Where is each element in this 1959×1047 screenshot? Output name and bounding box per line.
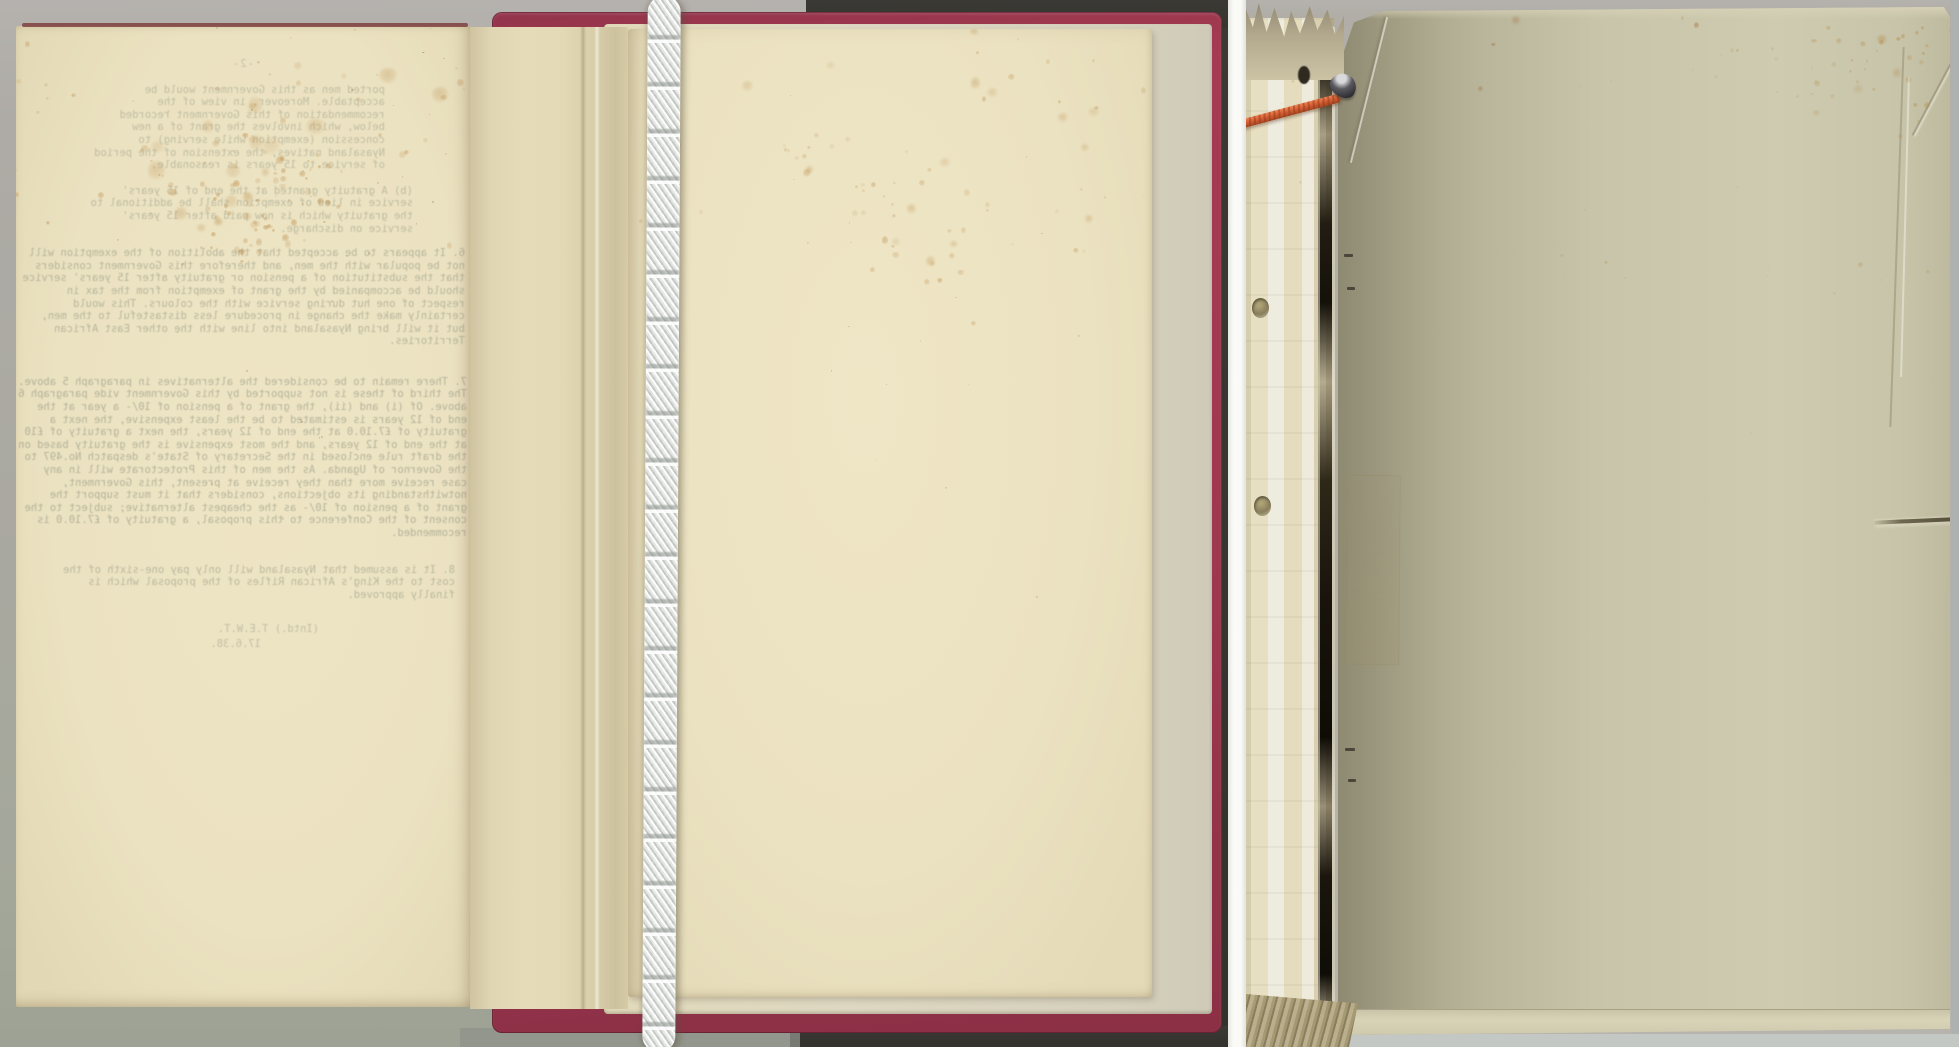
foxing-spot bbox=[742, 81, 752, 90]
foxing-spot bbox=[1417, 127, 1419, 129]
foxing-spot bbox=[1584, 209, 1587, 211]
foxing-spot bbox=[1836, 38, 1843, 44]
foxing-spot bbox=[1719, 54, 1722, 57]
foxing-spot bbox=[845, 137, 851, 141]
foxing-spot bbox=[807, 242, 809, 244]
foxing-spot bbox=[1767, 265, 1769, 267]
foxing-spot bbox=[827, 62, 835, 70]
foxing-spot bbox=[1073, 248, 1079, 253]
foxing-spot bbox=[976, 51, 979, 55]
foxing-spot bbox=[860, 183, 866, 187]
foxing-layer-right-page bbox=[628, 29, 1152, 997]
foxing-spot bbox=[892, 238, 900, 246]
foxing-spot bbox=[1281, 103, 1283, 105]
foxing-spot bbox=[784, 148, 787, 151]
foxing-spot bbox=[930, 261, 934, 267]
foxing-spot bbox=[1692, 69, 1694, 71]
foxing-spot bbox=[1896, 37, 1902, 42]
foxing-spot bbox=[790, 95, 792, 97]
foxing-spot bbox=[1872, 88, 1875, 91]
foxing-spot bbox=[1437, 329, 1439, 331]
left-scan-open-volume: -2- ported men as this Government would … bbox=[0, 0, 1228, 1047]
foxing-spot bbox=[968, 384, 970, 386]
foxing-spot bbox=[1080, 188, 1083, 191]
foxing-spot bbox=[1554, 245, 1556, 247]
foxing-spot bbox=[1858, 262, 1863, 268]
foxing-spot bbox=[1814, 81, 1821, 87]
foxing-spot bbox=[1078, 335, 1080, 337]
foxing-spot bbox=[829, 144, 836, 149]
ghost-paragraph-6: 6. It appears to be accepted that the ab… bbox=[17, 247, 465, 348]
binding-cord bbox=[642, 0, 681, 1047]
foxing-spot bbox=[926, 256, 935, 267]
foxing-spot bbox=[1866, 59, 1869, 64]
foxing-spot bbox=[1081, 144, 1089, 151]
foxing-spot bbox=[907, 204, 916, 214]
foxing-spot bbox=[1730, 48, 1734, 53]
board-top-edge bbox=[1338, 7, 1950, 19]
cover-edge-line bbox=[22, 23, 468, 27]
foxing-spot bbox=[950, 241, 958, 247]
ghost-paragraph-quote-b: (b) A gratuity granted at the end of 15 … bbox=[75, 185, 413, 235]
foxing-spot bbox=[1082, 249, 1086, 253]
foxing-spot bbox=[1907, 55, 1912, 61]
foxing-spot bbox=[905, 150, 908, 154]
foxing-spot bbox=[871, 182, 876, 188]
foxing-spot bbox=[927, 168, 932, 172]
foxing-spot bbox=[1094, 106, 1099, 111]
ghost-paragraph-7: 7. There remain to be considered the alt… bbox=[16, 376, 467, 540]
foxing-spot bbox=[1491, 43, 1496, 46]
foxing-spot bbox=[1092, 59, 1095, 63]
panel-divider bbox=[1228, 0, 1246, 1047]
foxing-spot bbox=[639, 219, 643, 225]
foxing-spot bbox=[893, 182, 896, 184]
foxing-spot bbox=[1893, 68, 1901, 79]
foxing-spot bbox=[971, 321, 976, 326]
foxing-spot bbox=[1919, 60, 1924, 66]
foxing-spot bbox=[1351, 263, 1353, 265]
foxing-spot bbox=[1813, 110, 1820, 116]
foxing-spot bbox=[892, 214, 896, 218]
foxing-spot bbox=[1088, 108, 1099, 116]
foxing-spot bbox=[1017, 38, 1019, 40]
foxing-spot bbox=[1880, 279, 1882, 281]
foxing-spot bbox=[987, 88, 999, 98]
foxing-spot bbox=[793, 179, 795, 181]
foxing-spot bbox=[855, 185, 858, 189]
gutter-hinge bbox=[470, 27, 628, 1009]
foxing-spot bbox=[1058, 100, 1061, 104]
foxing-spot bbox=[1008, 74, 1014, 80]
foxing-spot bbox=[883, 195, 886, 198]
foxing-spot bbox=[1915, 31, 1919, 34]
rust-mark bbox=[1345, 475, 1401, 665]
foxing-spot bbox=[1291, 80, 1295, 83]
foxing-spot bbox=[807, 146, 811, 150]
foxing-spot bbox=[886, 384, 887, 385]
foxing-spot bbox=[1814, 39, 1818, 44]
foxing-spot bbox=[1736, 49, 1739, 52]
foxing-spot bbox=[1771, 47, 1774, 51]
foxing-spot bbox=[806, 166, 813, 174]
punch-hole bbox=[1252, 298, 1269, 318]
foxing-spot bbox=[892, 252, 900, 258]
foxing-spot bbox=[1478, 86, 1483, 92]
foxing-spot bbox=[848, 326, 849, 327]
foxing-spot bbox=[861, 210, 866, 216]
foxing-spot bbox=[937, 278, 943, 283]
foxing-spot bbox=[957, 270, 965, 275]
foxing-spot bbox=[802, 154, 807, 159]
foxing-spot bbox=[1849, 70, 1852, 73]
foxing-spot bbox=[1876, 50, 1878, 52]
foxing-spot bbox=[1826, 26, 1831, 30]
foxing-layer-board bbox=[1338, 7, 1950, 1035]
foxing-spot bbox=[982, 96, 987, 103]
foxing-spot bbox=[852, 210, 858, 217]
foxing-spot bbox=[1830, 94, 1835, 99]
foxing-spot bbox=[1578, 86, 1580, 88]
foxing-spot bbox=[814, 133, 819, 138]
foxing-spot bbox=[870, 267, 875, 273]
staple-mark bbox=[1344, 254, 1353, 257]
foxing-spot bbox=[1604, 261, 1608, 265]
foxing-spot bbox=[970, 29, 979, 35]
foxing-spot bbox=[1055, 209, 1059, 214]
foxing-spot bbox=[1041, 233, 1043, 234]
torn-paper-top bbox=[1246, 0, 1344, 80]
foxing-spot bbox=[919, 180, 925, 186]
foxing-spot bbox=[1141, 87, 1146, 95]
foxing-spot bbox=[1921, 26, 1925, 30]
foxing-spot bbox=[1694, 22, 1699, 29]
foxing-spot bbox=[1926, 270, 1930, 274]
foxing-spot bbox=[1085, 215, 1093, 223]
foxing-spot bbox=[947, 229, 952, 234]
foxing-spot bbox=[1759, 195, 1761, 197]
foxing-spot bbox=[882, 236, 888, 245]
ghost-date: 17.6.38. bbox=[17, 638, 261, 651]
foxing-spot bbox=[1036, 596, 1038, 598]
foxing-spot bbox=[1058, 113, 1068, 122]
ghost-page-number: -2- bbox=[17, 58, 469, 71]
punch-hole bbox=[1254, 496, 1271, 516]
foxing-spot bbox=[1901, 34, 1906, 40]
foxing-spot bbox=[1736, 186, 1738, 188]
staple-mark bbox=[1347, 287, 1355, 290]
foxing-spot bbox=[1925, 44, 1929, 49]
foxing-spot bbox=[1026, 156, 1028, 158]
foxing-spot bbox=[831, 370, 832, 372]
crease-line-right bbox=[1889, 47, 1904, 427]
foxing-spot bbox=[1949, 29, 1950, 33]
foxing-spot bbox=[1624, 277, 1627, 279]
ghost-paragraph-8: 8. It is assumed that Nyasaland will onl… bbox=[47, 564, 455, 602]
foxing-spot bbox=[1563, 276, 1565, 278]
foxing-spot bbox=[699, 210, 703, 215]
foxing-spot bbox=[1833, 292, 1836, 295]
staple-mark bbox=[1348, 779, 1356, 782]
foxing-spot bbox=[955, 297, 956, 298]
foxing-spot bbox=[945, 487, 947, 489]
foxing-spot bbox=[1506, 84, 1508, 86]
ghost-paragraph-quote-a: ported men as this Government would be a… bbox=[77, 84, 385, 172]
foxing-spot bbox=[1814, 80, 1819, 85]
foxing-spot bbox=[1011, 243, 1014, 246]
foxing-spot bbox=[891, 245, 894, 249]
ghost-text-layer: -2- ported men as this Government would … bbox=[17, 28, 469, 788]
corner-crease bbox=[1912, 20, 1950, 136]
foxing-spot bbox=[1560, 254, 1565, 257]
foxing-spot bbox=[783, 144, 786, 148]
foxing-spot bbox=[1705, 498, 1707, 500]
foxing-spot bbox=[961, 227, 967, 234]
foxing-spot bbox=[787, 149, 790, 153]
foxing-spot bbox=[1810, 93, 1814, 96]
right-scan-back-board bbox=[1246, 0, 1959, 1047]
right-blank-page bbox=[628, 29, 1152, 997]
foxing-spot bbox=[1610, 80, 1613, 82]
foxing-spot bbox=[794, 156, 800, 160]
foxing-spot bbox=[986, 209, 989, 212]
foxing-spot bbox=[1104, 196, 1107, 199]
scanner-edge-bottom bbox=[1246, 1034, 1959, 1047]
foxing-spot bbox=[1693, 7, 1697, 8]
ghost-initials: (Intd.) T.E.W.T. bbox=[17, 623, 319, 636]
foxing-spot bbox=[1856, 80, 1859, 84]
foxing-spot bbox=[803, 169, 811, 177]
board-bottom-edge bbox=[1338, 1009, 1950, 1035]
foxing-spot bbox=[849, 222, 851, 224]
foxing-spot bbox=[1774, 57, 1779, 61]
binding-gap bbox=[1318, 26, 1335, 1014]
foxing-spot bbox=[1811, 39, 1815, 43]
foxing-spot bbox=[940, 158, 950, 167]
left-page: -2- ported men as this Government would … bbox=[16, 26, 470, 1007]
scanner-edge-right bbox=[1951, 0, 1959, 1047]
foxing-spot bbox=[862, 189, 865, 193]
foxing-spot bbox=[1879, 40, 1884, 45]
foxing-spot bbox=[1854, 85, 1864, 94]
foxing-spot bbox=[1811, 67, 1813, 70]
foxing-spot bbox=[1142, 195, 1144, 197]
foxing-spot bbox=[850, 242, 851, 243]
foxing-spot bbox=[1860, 41, 1866, 47]
foxing-spot bbox=[1831, 62, 1836, 67]
foxing-spot bbox=[1877, 35, 1887, 44]
foxing-spot bbox=[1913, 103, 1917, 108]
foxing-spot bbox=[949, 253, 955, 259]
foxing-spot bbox=[1767, 275, 1769, 277]
foxing-spot bbox=[1796, 95, 1799, 98]
foxing-spot bbox=[1922, 52, 1925, 56]
foxing-spot bbox=[1851, 59, 1853, 62]
scan-composite: -2- ported men as this Government would … bbox=[0, 0, 1959, 1047]
foxing-spot bbox=[924, 279, 930, 285]
staple-mark bbox=[1345, 748, 1355, 751]
cord-hole bbox=[1298, 66, 1310, 84]
foxing-spot bbox=[1714, 75, 1718, 79]
foxing-spot bbox=[964, 189, 970, 198]
foxing-spot bbox=[1046, 59, 1051, 66]
foxing-spot bbox=[985, 202, 991, 208]
foxing-spot bbox=[876, 460, 878, 461]
foxing-spot bbox=[891, 203, 895, 207]
foxing-spot bbox=[1776, 91, 1778, 94]
foxing-spot bbox=[1864, 68, 1867, 71]
back-board bbox=[1338, 7, 1950, 1035]
foxing-spot bbox=[920, 340, 921, 342]
foxing-spot bbox=[1750, 432, 1753, 434]
foxing-spot bbox=[1299, 181, 1302, 184]
tear-line bbox=[1874, 517, 1950, 524]
foxing-spot bbox=[971, 77, 980, 91]
